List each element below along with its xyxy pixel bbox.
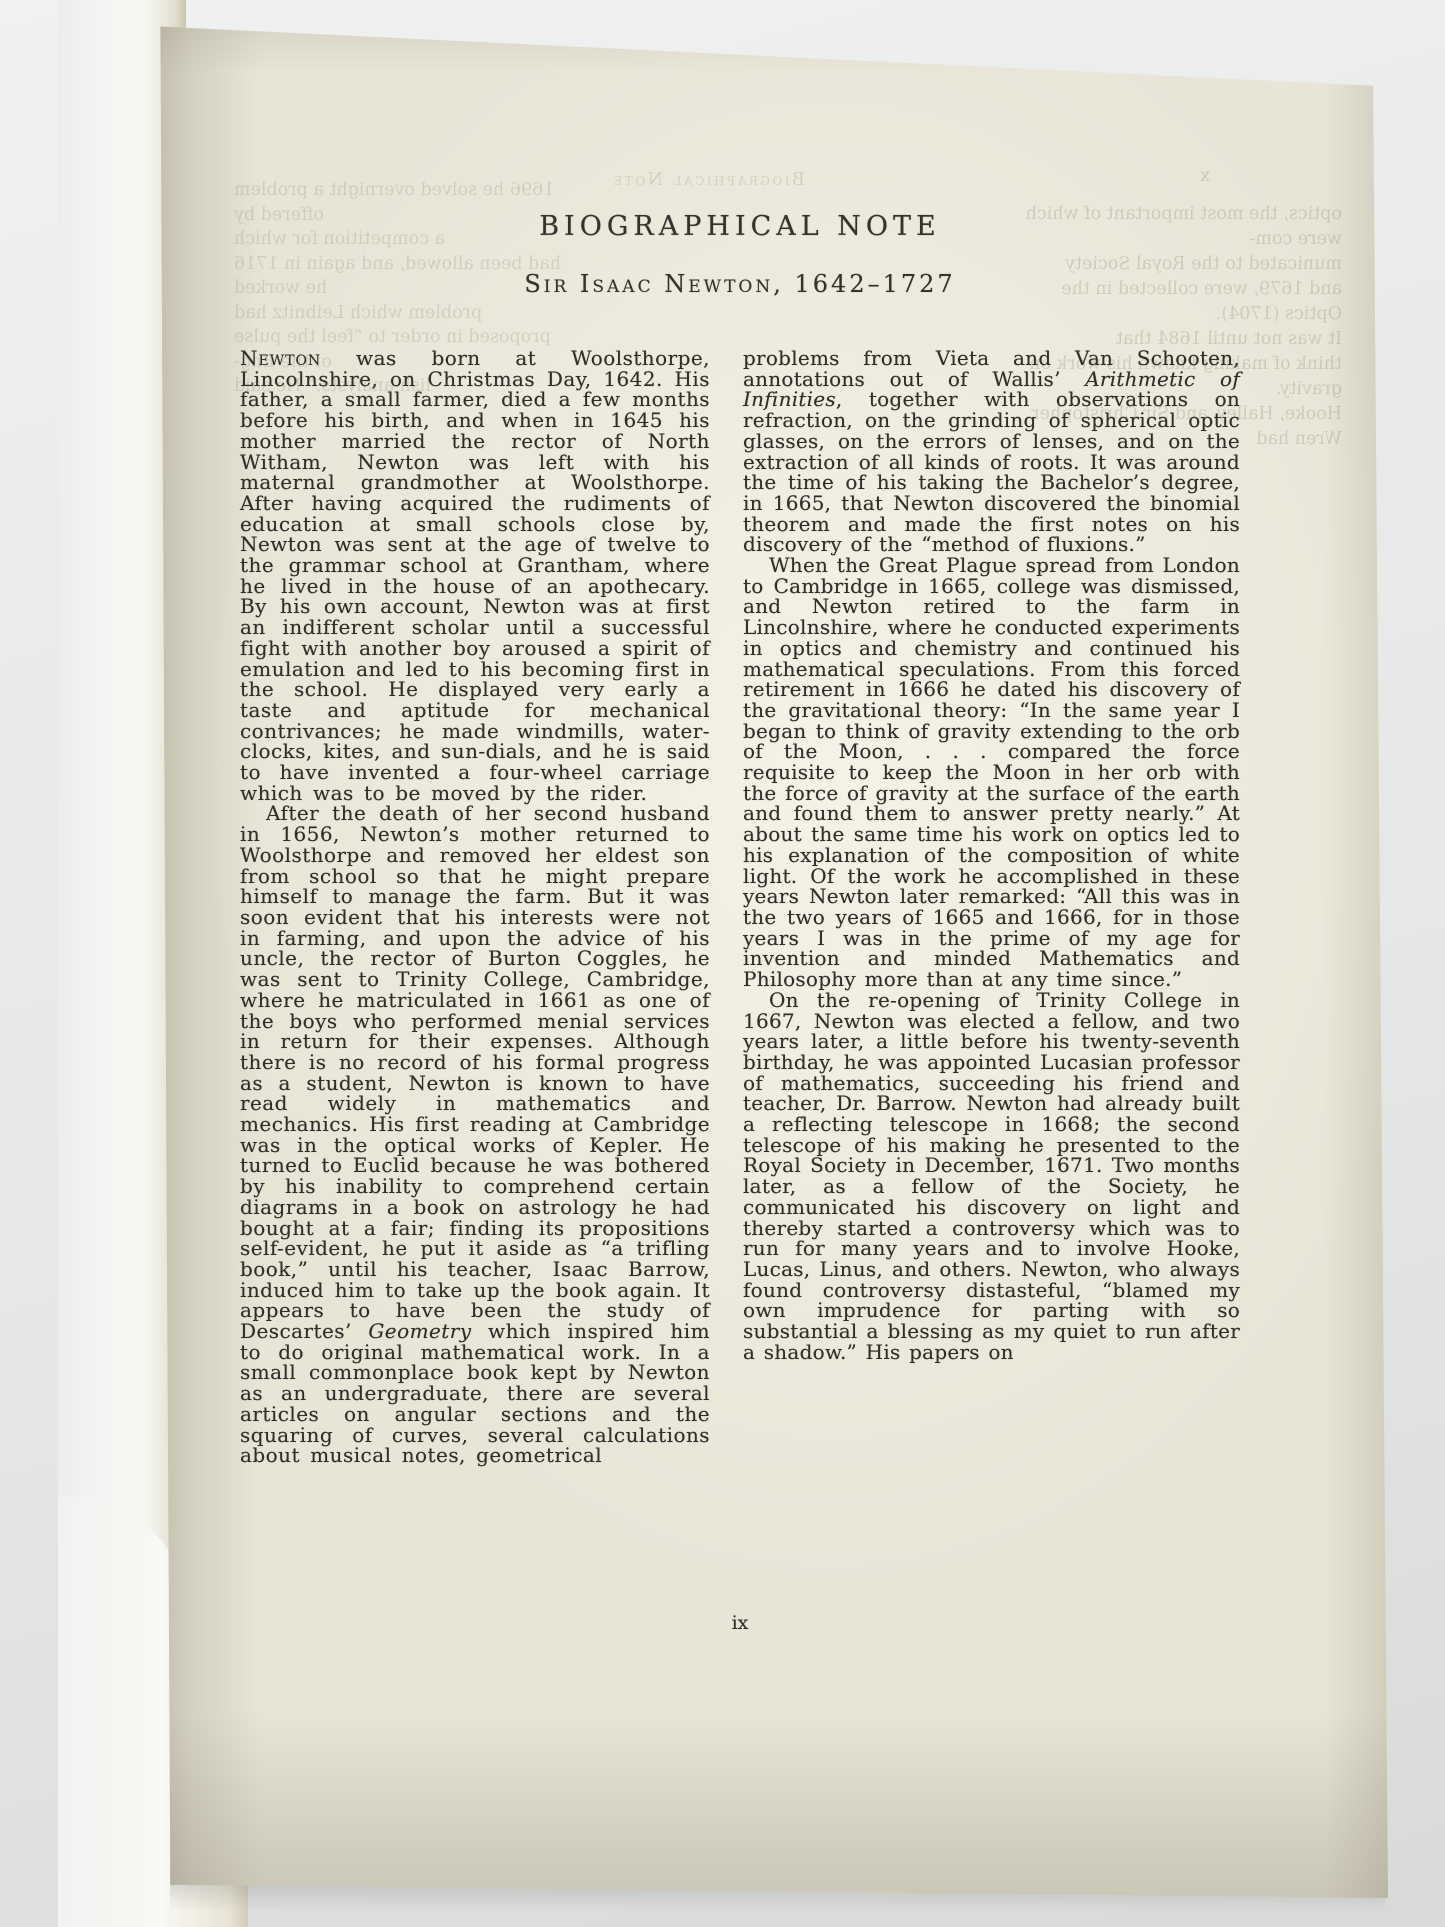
body-paragraph: When the Great Plague spread from London…	[743, 555, 1240, 990]
bleed-through-running-head: Biographical Note	[498, 168, 918, 193]
page-subtitle: Sir Isaac Newton, 1642–1727	[240, 270, 1240, 298]
left-column: Newton was born at Woolsthorpe, Lincolns…	[240, 348, 710, 1466]
book-page: Biographical Note x 1696 he solved overn…	[148, 18, 1388, 1898]
page-title: BIOGRAPHICAL NOTE	[240, 211, 1240, 242]
body-paragraph: Newton was born at Woolsthorpe, Lincolns…	[240, 348, 710, 803]
text-columns: Newton was born at Woolsthorpe, Lincolns…	[240, 348, 1240, 1466]
photo-backdrop: Biographical Note x 1696 he solved overn…	[0, 0, 1445, 1927]
bleed-through-page-number: x	[1170, 164, 1210, 189]
body-paragraph: On the re-opening of Trinity College in …	[743, 990, 1240, 1363]
page-number: ix	[240, 1612, 1240, 1634]
body-paragraph: After the death of her second husband in…	[240, 803, 710, 1466]
body-paragraph: problems from Vieta and Van Schooten, an…	[743, 348, 1240, 555]
right-column: problems from Vieta and Van Schooten, an…	[743, 348, 1240, 1466]
